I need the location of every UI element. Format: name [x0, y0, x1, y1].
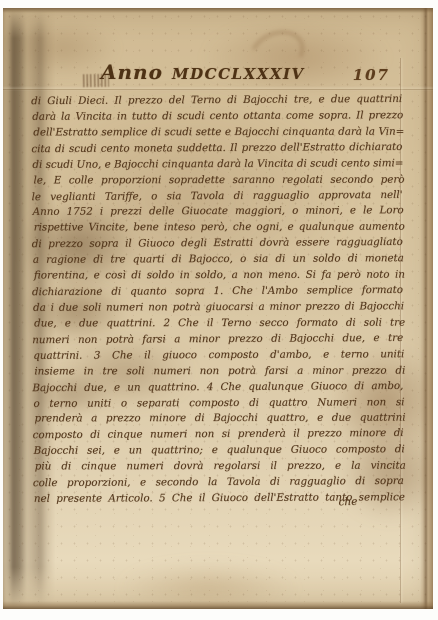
page-top-edge	[3, 8, 433, 13]
manuscript-line: insieme in tre soli numeri non potrà far…	[34, 363, 405, 380]
manuscript-text-block: di Giuli Dieci. Il prezzo del Terno di B…	[32, 92, 405, 508]
manuscript-line: colle proporzioni, e secondo la Tavola d…	[33, 474, 404, 492]
manuscript-line: fiorentina, e così di soldo in soldo, a …	[34, 268, 405, 285]
manuscript-line: da i due soli numeri non potrà giuocarsi…	[33, 299, 404, 317]
folio-number: 107	[353, 66, 390, 84]
manuscript-line: di Giuli Dieci. Il prezzo del Terno di B…	[31, 92, 402, 110]
manuscript-line: più di cinque numeri dovrà regolarsi il …	[35, 459, 406, 476]
manuscript-line: Bajocchi sei, e un quattrino; e qualunqu…	[34, 442, 405, 460]
manuscript-photo: Anno MDCCLXXXIV 107 di Giuli Dieci. Il p…	[0, 0, 438, 620]
heading-roman-year: MDCCLXXXIV	[172, 65, 305, 83]
catchword: che	[318, 495, 378, 509]
manuscript-line: numeri non potrà farsi a minor prezzo di…	[32, 331, 403, 349]
manuscript-line: darà la Vincita in tutto di scudi cento …	[32, 108, 403, 126]
page-bottom-edge	[3, 601, 433, 609]
page-right-edge	[420, 8, 433, 609]
manuscript-line: quattrini. 3 Che il giuoco composto d'am…	[33, 347, 404, 365]
heading-word-anno: Anno	[101, 60, 163, 84]
manuscript-line: composto di cinque numeri non si prender…	[33, 426, 404, 444]
manuscript-line: di scudi Uno, e Bajocchi cinquanta darà …	[32, 156, 403, 174]
manuscript-line: le veglianti Tariffe, o sia Tavola di ra…	[32, 187, 403, 205]
manuscript-line: le, E colle proporzioni sopradette saran…	[33, 172, 404, 189]
manuscript-line: a ragione di tre quarti di Bajocco, o si…	[33, 251, 404, 269]
manuscript-line: due, e due quattrini. 2 Che il Terno sec…	[34, 315, 405, 332]
manuscript-line: dichiarazione di quanto sopra 1. Che l'A…	[32, 283, 403, 301]
manuscript-line: cita di scudi cento moneta suddetta. Il …	[31, 140, 402, 158]
manuscript-line: rispettive Vincite, bene inteso però, ch…	[34, 220, 405, 237]
year-heading: Anno MDCCLXXXIV	[101, 60, 305, 84]
page-header: Anno MDCCLXXXIV 107	[3, 58, 433, 92]
manuscript-line: o terno uniti o separati composto di qua…	[33, 395, 404, 413]
manuscript-line: di prezzo sopra il Giuoco degli Estratti…	[32, 235, 403, 253]
manuscript-line: Bajocchi due, e un quattrino. 4 Che qual…	[32, 378, 403, 396]
manuscript-page: Anno MDCCLXXXIV 107 di Giuli Dieci. Il p…	[3, 8, 433, 609]
manuscript-line: Anno 1752 i prezzi delle Giuocate maggio…	[33, 204, 404, 222]
manuscript-line: dell'Estratto semplice di scudi sette e …	[33, 124, 404, 141]
